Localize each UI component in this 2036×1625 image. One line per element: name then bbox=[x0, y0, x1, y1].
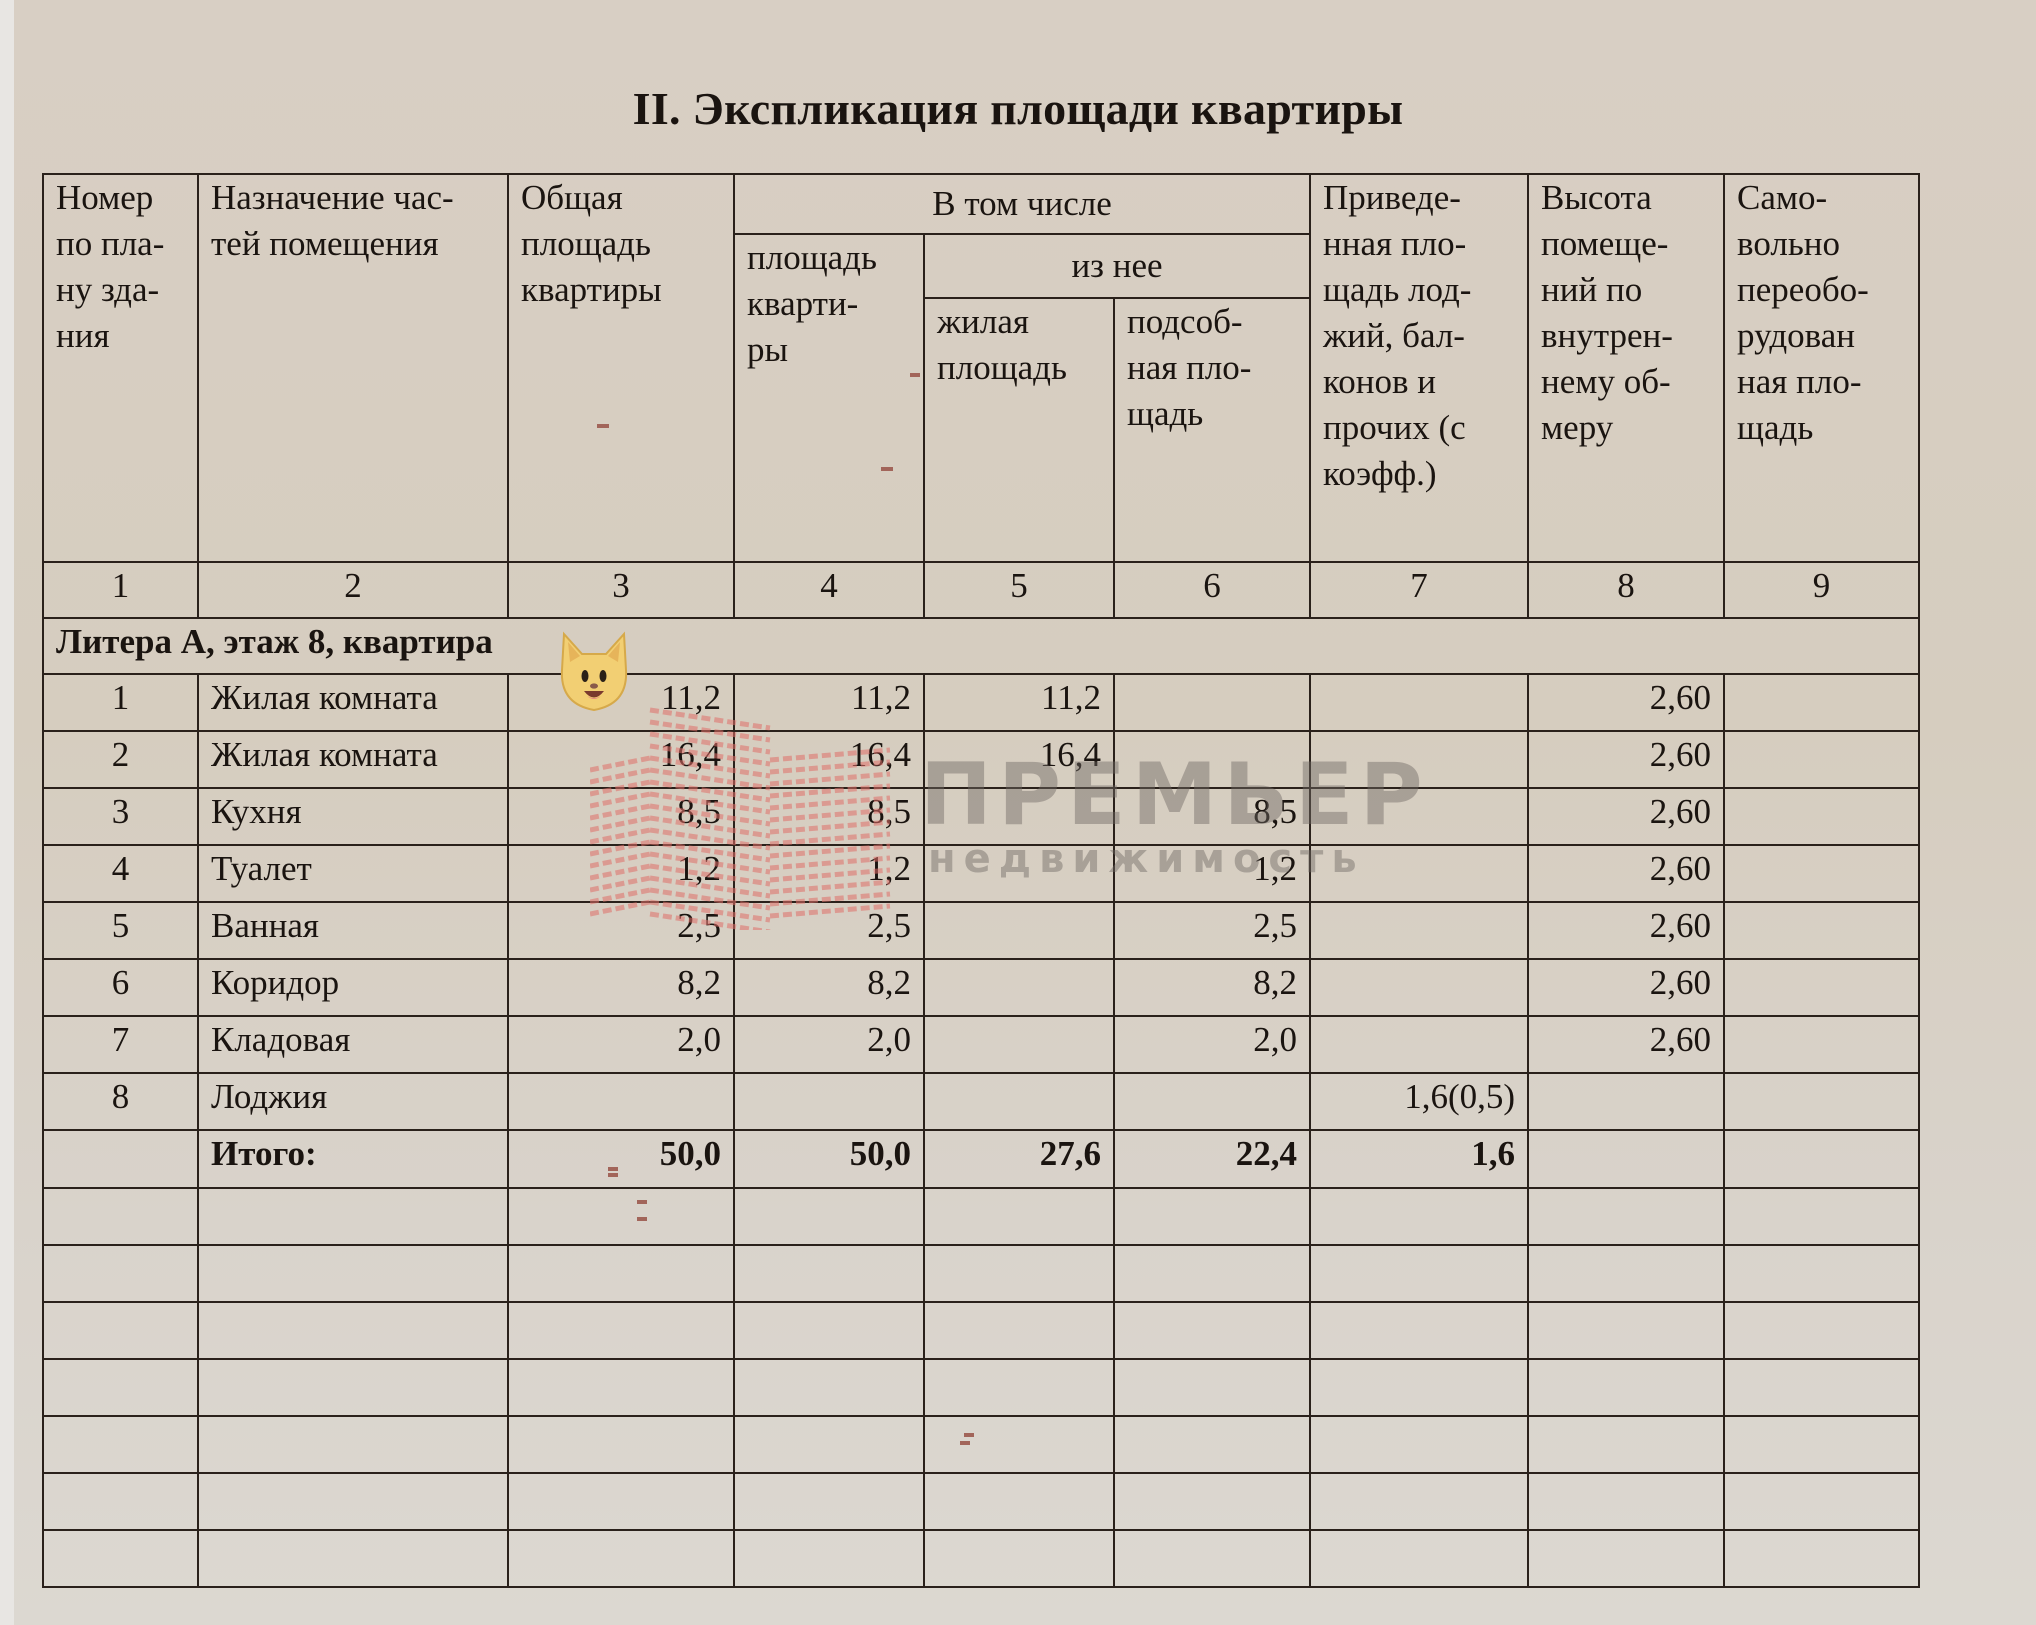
empty-cell bbox=[734, 1188, 924, 1245]
empty-cell bbox=[508, 1530, 734, 1587]
empty-cell bbox=[1310, 1188, 1528, 1245]
empty-cell bbox=[1310, 1359, 1528, 1416]
cell-apt: 1,2 bbox=[734, 845, 924, 902]
red-mark bbox=[881, 467, 893, 471]
empty-cell bbox=[508, 1416, 734, 1473]
header-line: Назначение час- bbox=[211, 175, 495, 221]
header-line: конов и bbox=[1323, 359, 1515, 405]
empty-cell bbox=[734, 1359, 924, 1416]
total-empty bbox=[43, 1130, 198, 1188]
cell-living: 16,4 bbox=[924, 731, 1114, 788]
cell-name: Ванная bbox=[198, 902, 508, 959]
empty-cell bbox=[1724, 1473, 1919, 1530]
header-line: нему об- bbox=[1541, 359, 1711, 405]
cell-living bbox=[924, 788, 1114, 845]
header-subgroup-of-which: из нее bbox=[924, 234, 1310, 298]
cell-aux: 2,5 bbox=[1114, 902, 1310, 959]
cell-total: 8,2 bbox=[508, 959, 734, 1016]
empty-cell bbox=[508, 1302, 734, 1359]
empty-cell bbox=[734, 1302, 924, 1359]
header-line: переобо- bbox=[1737, 267, 1906, 313]
red-mark bbox=[597, 424, 609, 428]
cell-no: 5 bbox=[43, 902, 198, 959]
cell-loggia bbox=[1310, 731, 1528, 788]
header-line: ний по bbox=[1541, 267, 1711, 313]
cell-unauth bbox=[1724, 959, 1919, 1016]
cell-apt: 11,2 bbox=[734, 674, 924, 731]
column-numbers-row: 123456789 bbox=[43, 562, 1919, 618]
column-number: 3 bbox=[508, 562, 734, 618]
red-mark bbox=[964, 1433, 974, 1437]
totals-row: Итого:50,050,027,622,41,6 bbox=[43, 1130, 1919, 1188]
cell-height: 2,60 bbox=[1528, 674, 1724, 731]
empty-cell bbox=[1528, 1359, 1724, 1416]
cell-height: 2,60 bbox=[1528, 845, 1724, 902]
cell-no: 8 bbox=[43, 1073, 198, 1130]
table-row: 8Лоджия1,6(0,5) bbox=[43, 1073, 1919, 1130]
total-label: Итого: bbox=[198, 1130, 508, 1188]
cell-aux: 2,0 bbox=[1114, 1016, 1310, 1073]
header-line: Само- bbox=[1737, 175, 1906, 221]
cell-height: 2,60 bbox=[1528, 788, 1724, 845]
cell-name: Кладовая bbox=[198, 1016, 508, 1073]
empty-cell bbox=[924, 1245, 1114, 1302]
cell-loggia bbox=[1310, 959, 1528, 1016]
cell-no: 4 bbox=[43, 845, 198, 902]
empty-cell bbox=[1114, 1188, 1310, 1245]
cell-no: 7 bbox=[43, 1016, 198, 1073]
cell-no: 6 bbox=[43, 959, 198, 1016]
empty-cell bbox=[508, 1245, 734, 1302]
cell-aux bbox=[1114, 731, 1310, 788]
cell-name: Жилая комната bbox=[198, 674, 508, 731]
cell-apt: 8,5 bbox=[734, 788, 924, 845]
total-empty bbox=[1528, 1130, 1724, 1188]
header-group-including: В том числе bbox=[734, 174, 1310, 234]
empty-cell bbox=[1114, 1473, 1310, 1530]
header-living-area: жилаяплощадь bbox=[924, 298, 1114, 562]
cell-aux: 8,5 bbox=[1114, 788, 1310, 845]
cell-name: Кухня bbox=[198, 788, 508, 845]
header-line: рудован bbox=[1737, 313, 1906, 359]
header-line: меру bbox=[1541, 405, 1711, 451]
empty-cell bbox=[1528, 1188, 1724, 1245]
empty-cell bbox=[1528, 1473, 1724, 1530]
cell-name: Коридор bbox=[198, 959, 508, 1016]
cell-apt: 2,0 bbox=[734, 1016, 924, 1073]
column-number: 7 bbox=[1310, 562, 1528, 618]
cell-living bbox=[924, 902, 1114, 959]
empty-cell bbox=[43, 1359, 198, 1416]
cell-unauth bbox=[1724, 674, 1919, 731]
table-row: 7Кладовая2,02,02,02,60 bbox=[43, 1016, 1919, 1073]
empty-cell bbox=[1114, 1530, 1310, 1587]
empty-cell bbox=[1528, 1302, 1724, 1359]
empty-cell bbox=[1724, 1302, 1919, 1359]
cell-aux: 1,2 bbox=[1114, 845, 1310, 902]
header-line: кварти- bbox=[747, 281, 911, 327]
header-line: ния bbox=[56, 313, 185, 359]
cell-no: 3 bbox=[43, 788, 198, 845]
cell-apt: 2,5 bbox=[734, 902, 924, 959]
empty-cell bbox=[1528, 1245, 1724, 1302]
cell-name: Жилая комната bbox=[198, 731, 508, 788]
red-mark bbox=[910, 373, 920, 377]
cell-unauth bbox=[1724, 845, 1919, 902]
cell-total: 1,2 bbox=[508, 845, 734, 902]
header-line: по пла- bbox=[56, 221, 185, 267]
cell-total: 2,5 bbox=[508, 902, 734, 959]
empty-cell bbox=[198, 1188, 508, 1245]
red-mark bbox=[637, 1217, 647, 1221]
header-line: ну зда- bbox=[56, 267, 185, 313]
total-total: 50,0 bbox=[508, 1130, 734, 1188]
cell-total bbox=[508, 1073, 734, 1130]
column-number: 2 bbox=[198, 562, 508, 618]
red-mark bbox=[637, 1200, 647, 1204]
empty-cell bbox=[924, 1359, 1114, 1416]
cell-aux bbox=[1114, 674, 1310, 731]
cell-loggia bbox=[1310, 674, 1528, 731]
empty-cell bbox=[508, 1473, 734, 1530]
table-row: 4Туалет1,21,21,22,60 bbox=[43, 845, 1919, 902]
empty-cell bbox=[734, 1473, 924, 1530]
explication-table: Номерпо пла-ну зда-ния Назначение час-те… bbox=[42, 173, 1920, 1588]
cell-apt: 16,4 bbox=[734, 731, 924, 788]
red-mark bbox=[608, 1167, 618, 1171]
cell-loggia: 1,6(0,5) bbox=[1310, 1073, 1528, 1130]
header-line: квартиры bbox=[521, 267, 721, 313]
header-line: Приведе- bbox=[1323, 175, 1515, 221]
empty-cell bbox=[924, 1302, 1114, 1359]
cell-height: 2,60 bbox=[1528, 959, 1724, 1016]
header-line: подсоб- bbox=[1127, 299, 1297, 345]
empty-cell bbox=[198, 1473, 508, 1530]
cell-total: 2,0 bbox=[508, 1016, 734, 1073]
cell-height bbox=[1528, 1073, 1724, 1130]
cell-living: 11,2 bbox=[924, 674, 1114, 731]
empty-cell bbox=[924, 1188, 1114, 1245]
empty-cell bbox=[198, 1359, 508, 1416]
header-apartment-area: площадькварти-ры bbox=[734, 234, 924, 562]
cell-unauth bbox=[1724, 902, 1919, 959]
cell-loggia bbox=[1310, 902, 1528, 959]
empty-cell bbox=[1724, 1188, 1919, 1245]
empty-cell bbox=[198, 1302, 508, 1359]
cat-face-emoji-icon bbox=[556, 630, 632, 712]
empty-cell bbox=[43, 1188, 198, 1245]
empty-cell bbox=[1724, 1245, 1919, 1302]
empty-cell bbox=[198, 1245, 508, 1302]
table-row: 2Жилая комната16,416,416,42,60 bbox=[43, 731, 1919, 788]
total-empty bbox=[1724, 1130, 1919, 1188]
header-room-purpose: Назначение час-тей помещения bbox=[198, 174, 508, 562]
cell-name: Лоджия bbox=[198, 1073, 508, 1130]
header-line: прочих (с bbox=[1323, 405, 1515, 451]
cell-living bbox=[924, 845, 1114, 902]
header-total-area: Общаяплощадьквартиры bbox=[508, 174, 734, 562]
table-row: 3Кухня8,58,58,52,60 bbox=[43, 788, 1919, 845]
cell-unauth bbox=[1724, 788, 1919, 845]
header-line: щадь bbox=[1127, 391, 1297, 437]
header-line: внутрен- bbox=[1541, 313, 1711, 359]
empty-cell bbox=[1114, 1416, 1310, 1473]
header-line: Высота bbox=[1541, 175, 1711, 221]
header-line: щадь лод- bbox=[1323, 267, 1515, 313]
cell-height: 2,60 bbox=[1528, 1016, 1724, 1073]
section-label: Литера А, этаж 8, квартира bbox=[43, 618, 1919, 674]
header-auxiliary-area: подсоб-ная пло-щадь bbox=[1114, 298, 1310, 562]
page-edge bbox=[0, 0, 14, 1625]
cell-total: 16,4 bbox=[508, 731, 734, 788]
empty-cell bbox=[734, 1416, 924, 1473]
cell-no: 1 bbox=[43, 674, 198, 731]
empty-cell bbox=[43, 1473, 198, 1530]
header-line: площадь bbox=[747, 235, 911, 281]
empty-row bbox=[43, 1245, 1919, 1302]
empty-cell bbox=[198, 1416, 508, 1473]
header-line: тей помещения bbox=[211, 221, 495, 267]
empty-cell bbox=[734, 1530, 924, 1587]
cell-height: 2,60 bbox=[1528, 902, 1724, 959]
column-number: 6 bbox=[1114, 562, 1310, 618]
cell-living bbox=[924, 959, 1114, 1016]
empty-cell bbox=[734, 1245, 924, 1302]
empty-row bbox=[43, 1302, 1919, 1359]
empty-cell bbox=[1114, 1359, 1310, 1416]
header-room-height: Высотапомеще-ний повнутрен-нему об-меру bbox=[1528, 174, 1724, 562]
empty-row bbox=[43, 1188, 1919, 1245]
cell-name: Туалет bbox=[198, 845, 508, 902]
red-mark bbox=[960, 1441, 970, 1445]
column-number: 1 bbox=[43, 562, 198, 618]
empty-row bbox=[43, 1530, 1919, 1587]
total-aux: 22,4 bbox=[1114, 1130, 1310, 1188]
cell-aux: 8,2 bbox=[1114, 959, 1310, 1016]
header-line: Номер bbox=[56, 175, 185, 221]
empty-cell bbox=[1528, 1416, 1724, 1473]
empty-cell bbox=[1724, 1416, 1919, 1473]
header-line: площадь bbox=[937, 345, 1101, 391]
empty-row bbox=[43, 1416, 1919, 1473]
header-line: щадь bbox=[1737, 405, 1906, 451]
empty-cell bbox=[198, 1530, 508, 1587]
header-plan-number: Номерпо пла-ну зда-ния bbox=[43, 174, 198, 562]
cell-loggia bbox=[1310, 845, 1528, 902]
cell-unauth bbox=[1724, 731, 1919, 788]
page-title: II. Экспликация площади квартиры bbox=[0, 82, 2036, 135]
total-loggia: 1,6 bbox=[1310, 1130, 1528, 1188]
column-number: 9 bbox=[1724, 562, 1919, 618]
cell-living bbox=[924, 1073, 1114, 1130]
empty-cell bbox=[1724, 1530, 1919, 1587]
header-unauthorized-area: Само-вольнопереобо-рудованная пло-щадь bbox=[1724, 174, 1919, 562]
empty-cell bbox=[1310, 1530, 1528, 1587]
header-line: жилая bbox=[937, 299, 1101, 345]
empty-cell bbox=[43, 1245, 198, 1302]
header-line: ры bbox=[747, 327, 911, 373]
empty-cell bbox=[43, 1302, 198, 1359]
empty-cell bbox=[1114, 1245, 1310, 1302]
total-living: 27,6 bbox=[924, 1130, 1114, 1188]
cell-unauth bbox=[1724, 1016, 1919, 1073]
red-mark bbox=[608, 1173, 618, 1177]
cell-aux bbox=[1114, 1073, 1310, 1130]
column-number: 5 bbox=[924, 562, 1114, 618]
cell-total: 8,5 bbox=[508, 788, 734, 845]
header-line: помеще- bbox=[1541, 221, 1711, 267]
header-line: площадь bbox=[521, 221, 721, 267]
empty-cell bbox=[1310, 1302, 1528, 1359]
empty-cell bbox=[508, 1359, 734, 1416]
table-row: 6Коридор8,28,28,22,60 bbox=[43, 959, 1919, 1016]
empty-cell bbox=[924, 1416, 1114, 1473]
empty-row bbox=[43, 1359, 1919, 1416]
cell-apt: 8,2 bbox=[734, 959, 924, 1016]
empty-cell bbox=[924, 1473, 1114, 1530]
header-line: вольно bbox=[1737, 221, 1906, 267]
empty-cell bbox=[1310, 1245, 1528, 1302]
header-line: коэфф.) bbox=[1323, 451, 1515, 497]
header-loggia-area: Приведе-нная пло-щадь лод-жий, бал-конов… bbox=[1310, 174, 1528, 562]
header-line: жий, бал- bbox=[1323, 313, 1515, 359]
total-apt: 50,0 bbox=[734, 1130, 924, 1188]
column-number: 8 bbox=[1528, 562, 1724, 618]
cell-height: 2,60 bbox=[1528, 731, 1724, 788]
header-line: ная пло- bbox=[1127, 345, 1297, 391]
empty-cell bbox=[1528, 1530, 1724, 1587]
empty-cell bbox=[1114, 1302, 1310, 1359]
empty-cell bbox=[1310, 1473, 1528, 1530]
empty-cell bbox=[508, 1188, 734, 1245]
header-line: нная пло- bbox=[1323, 221, 1515, 267]
header-line: Общая bbox=[521, 175, 721, 221]
cell-loggia bbox=[1310, 788, 1528, 845]
cell-unauth bbox=[1724, 1073, 1919, 1130]
empty-row bbox=[43, 1473, 1919, 1530]
empty-cell bbox=[924, 1530, 1114, 1587]
empty-cell bbox=[43, 1530, 198, 1587]
empty-cell bbox=[1310, 1416, 1528, 1473]
header-line: ная пло- bbox=[1737, 359, 1906, 405]
table-row: 1Жилая комната11,211,211,22,60 bbox=[43, 674, 1919, 731]
cell-no: 2 bbox=[43, 731, 198, 788]
cell-apt bbox=[734, 1073, 924, 1130]
cell-living bbox=[924, 1016, 1114, 1073]
cell-loggia bbox=[1310, 1016, 1528, 1073]
empty-cell bbox=[1724, 1359, 1919, 1416]
table-row: 5Ванная2,52,52,52,60 bbox=[43, 902, 1919, 959]
column-number: 4 bbox=[734, 562, 924, 618]
empty-cell bbox=[43, 1416, 198, 1473]
